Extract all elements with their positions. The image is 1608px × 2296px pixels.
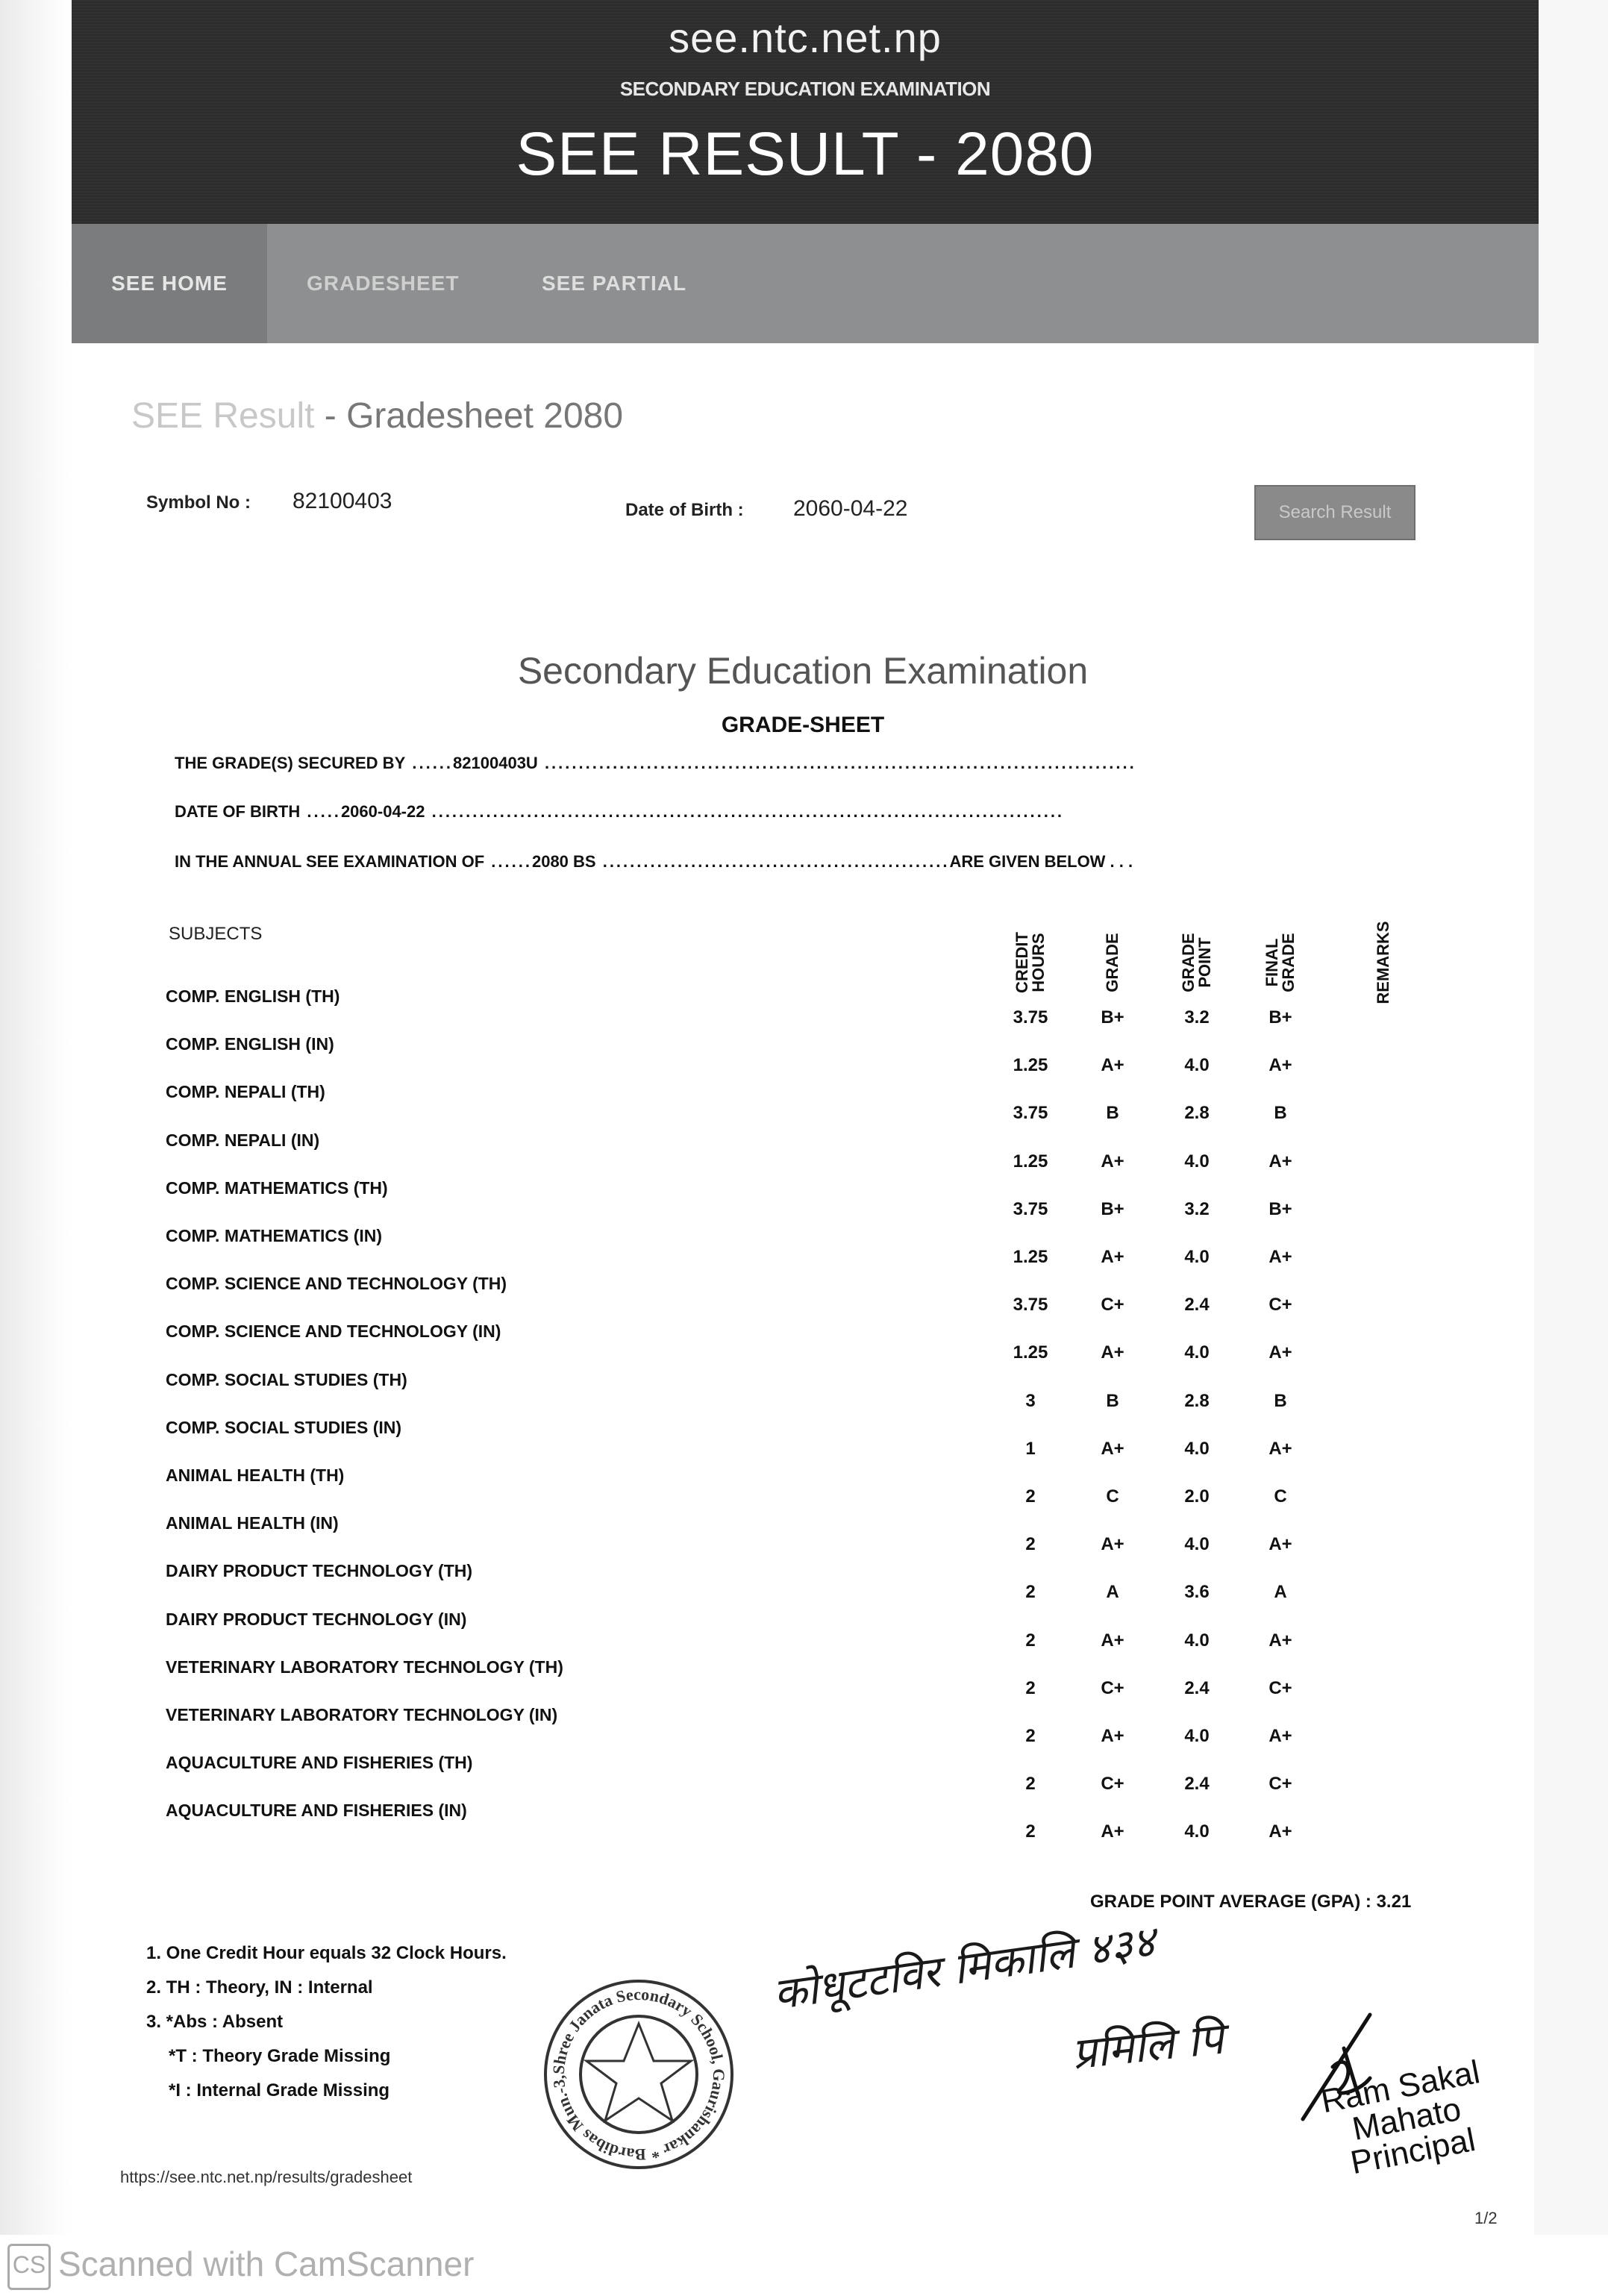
note-item: 1. One Credit Hour equals 32 Clock Hours…	[146, 1936, 507, 1971]
grade-point-cell: 4.0	[1167, 1247, 1227, 1268]
credit-hours-cell: 1	[1001, 1439, 1060, 1460]
grade-cell: A+	[1083, 1151, 1142, 1172]
grade-cell: C+	[1083, 1774, 1142, 1795]
site-title: SEE RESULT - 2080	[72, 119, 1539, 190]
grade-cell: A+	[1083, 1055, 1142, 1076]
final-grade-cell: A+	[1251, 1055, 1310, 1076]
col-header-final-grade: FINAL GRADE	[1258, 918, 1303, 1007]
final-grade-cell: A+	[1251, 1726, 1310, 1747]
main-nav: SEE HOME GRADESHEET SEE PARTIAL	[72, 224, 1539, 343]
credit-hours-cell: 2	[1001, 1678, 1060, 1699]
credit-hours-cell: 2	[1001, 1726, 1060, 1747]
subject-cell: ANIMAL HEALTH (IN)	[166, 1513, 339, 1533]
grade-cell: B	[1083, 1391, 1142, 1412]
grade-point-cell: 4.0	[1167, 1534, 1227, 1555]
subject-cell: COMP. ENGLISH (IN)	[166, 1034, 334, 1054]
secured-by-value: 82100403U	[453, 754, 538, 772]
dob-line-value: 2060-04-22	[341, 802, 425, 821]
final-grade-cell: B	[1251, 1103, 1310, 1124]
credit-hours-cell: 3.75	[1001, 1295, 1060, 1316]
page-number: 1/2	[1474, 2209, 1498, 2228]
final-grade-cell: B+	[1251, 1007, 1310, 1028]
credit-hours-cell: 1.25	[1001, 1055, 1060, 1076]
nav-gradesheet[interactable]: GRADESHEET	[307, 224, 459, 343]
credit-hours-cell: 2	[1001, 1774, 1060, 1795]
credit-hours-cell: 3.75	[1001, 1199, 1060, 1220]
school-stamp-icon: Shree Janata Secondary School, Gaurishan…	[542, 1977, 736, 2171]
grade-cell: C+	[1083, 1295, 1142, 1316]
gradesheet-subtitle: GRADE-SHEET	[72, 713, 1534, 738]
grade-point-cell: 4.0	[1167, 1151, 1227, 1172]
gradesheet-page: see.ntc.net.np SECONDARY EDUCATION EXAMI…	[72, 0, 1534, 2235]
credit-hours-cell: 2	[1001, 1582, 1060, 1603]
subject-cell: AQUACULTURE AND FISHERIES (TH)	[166, 1753, 472, 1773]
grade-point-cell: 4.0	[1167, 1439, 1227, 1460]
final-grade-cell: A+	[1251, 1630, 1310, 1651]
credit-hours-cell: 2	[1001, 1630, 1060, 1651]
subject-cell: COMP. SCIENCE AND TECHNOLOGY (TH)	[166, 1274, 507, 1294]
final-grade-cell: A+	[1251, 1439, 1310, 1460]
nav-see-home[interactable]: SEE HOME	[72, 224, 267, 343]
credit-hours-cell: 3.75	[1001, 1007, 1060, 1028]
grade-cell: A+	[1083, 1726, 1142, 1747]
exam-suffix: ARE GIVEN BELOW . . .	[949, 852, 1133, 871]
final-grade-cell: C+	[1251, 1774, 1310, 1795]
grade-point-cell: 4.0	[1167, 1630, 1227, 1651]
grade-point-cell: 3.6	[1167, 1582, 1227, 1603]
page-title-suffix: - Gradesheet 2080	[314, 396, 623, 436]
subject-cell: DAIRY PRODUCT TECHNOLOGY (IN)	[166, 1610, 466, 1630]
site-subtitle: SECONDARY EDUCATION EXAMINATION	[72, 78, 1539, 101]
final-grade-cell: A+	[1251, 1821, 1310, 1842]
grade-cell: A+	[1083, 1342, 1142, 1363]
subject-cell: COMP. NEPALI (IN)	[166, 1130, 319, 1151]
col-header-subjects: SUBJECTS	[169, 924, 262, 945]
footer-url: https://see.ntc.net.np/results/gradeshee…	[120, 2168, 412, 2187]
subject-cell: COMP. SOCIAL STUDIES (IN)	[166, 1418, 401, 1438]
final-grade-cell: C+	[1251, 1295, 1310, 1316]
final-grade-cell: C	[1251, 1486, 1310, 1507]
grade-cell: B+	[1083, 1199, 1142, 1220]
gpa-label: GRADE POINT AVERAGE (GPA) :	[1090, 1892, 1371, 1912]
grade-point-cell: 3.2	[1167, 1199, 1227, 1220]
col-header-grade: GRADE	[1090, 918, 1135, 1007]
col-header-remarks: REMARKS	[1361, 918, 1406, 1007]
grade-point-cell: 3.2	[1167, 1007, 1227, 1028]
dob-line: DATE OF BIRTH .....2060-04-22 ..........…	[175, 802, 1383, 822]
final-grade-cell: B	[1251, 1391, 1310, 1412]
grade-cell: A+	[1083, 1821, 1142, 1842]
page-title-prefix: SEE Result	[131, 396, 314, 436]
symbol-no-field[interactable]: 82100403	[292, 489, 392, 514]
note-item: 3. *Abs : Absent	[146, 2005, 507, 2039]
grade-cell: C	[1083, 1486, 1142, 1507]
handwritten-note-line2: प्रमिलि पि	[1069, 2007, 1226, 2082]
subject-cell: COMP. SCIENCE AND TECHNOLOGY (IN)	[166, 1321, 501, 1342]
camscanner-watermark: CS Scanned with CamScanner	[0, 2235, 1608, 2296]
grade-cell: A+	[1083, 1439, 1142, 1460]
grade-cell: A	[1083, 1582, 1142, 1603]
nav-see-partial[interactable]: SEE PARTIAL	[542, 224, 686, 343]
subject-cell: VETERINARY LABORATORY TECHNOLOGY (TH)	[166, 1657, 563, 1677]
symbol-no-label: Symbol No :	[146, 492, 251, 513]
gpa-value: 3.21	[1377, 1892, 1412, 1912]
credit-hours-cell: 3	[1001, 1391, 1060, 1412]
camscanner-logo-icon: CS	[7, 2244, 51, 2290]
final-grade-cell: A	[1251, 1582, 1310, 1603]
exam-label: IN THE ANNUAL SEE EXAMINATION OF	[175, 852, 484, 871]
col-header-grade-point: GRADE POINT	[1174, 918, 1219, 1007]
grade-point-cell: 4.0	[1167, 1821, 1227, 1842]
camscanner-text: Scanned with CamScanner	[58, 2244, 474, 2284]
subject-cell: AQUACULTURE AND FISHERIES (IN)	[166, 1801, 467, 1821]
grade-point-cell: 2.0	[1167, 1486, 1227, 1507]
credit-hours-cell: 1.25	[1001, 1151, 1060, 1172]
grade-point-cell: 4.0	[1167, 1342, 1227, 1363]
grade-point-cell: 4.0	[1167, 1055, 1227, 1076]
credit-hours-cell: 2	[1001, 1534, 1060, 1555]
dob-field[interactable]: 2060-04-22	[793, 496, 907, 522]
site-header: see.ntc.net.np SECONDARY EDUCATION EXAMI…	[72, 0, 1539, 231]
credit-hours-cell: 2	[1001, 1486, 1060, 1507]
final-grade-cell: A+	[1251, 1247, 1310, 1268]
dob-line-label: DATE OF BIRTH	[175, 802, 300, 821]
grade-cell: A+	[1083, 1247, 1142, 1268]
secured-by-line: THE GRADE(S) SECURED BY ......82100403U …	[175, 754, 1383, 773]
gpa-line: GRADE POINT AVERAGE (GPA) : 3.21	[1090, 1892, 1411, 1912]
subject-cell: ANIMAL HEALTH (TH)	[166, 1466, 344, 1486]
gradesheet-title: Secondary Education Examination	[72, 649, 1534, 692]
subject-cell: DAIRY PRODUCT TECHNOLOGY (TH)	[166, 1561, 472, 1581]
credit-hours-cell: 1.25	[1001, 1247, 1060, 1268]
final-grade-cell: A+	[1251, 1151, 1310, 1172]
grade-cell: C+	[1083, 1678, 1142, 1699]
subject-cell: COMP. MATHEMATICS (IN)	[166, 1226, 382, 1246]
grade-cell: A+	[1083, 1534, 1142, 1555]
grade-point-cell: 2.4	[1167, 1774, 1227, 1795]
scan-left-edge	[0, 0, 72, 2239]
grade-point-cell: 2.4	[1167, 1678, 1227, 1699]
note-item: *T : Theory Grade Missing	[146, 2039, 507, 2074]
subject-cell: VETERINARY LABORATORY TECHNOLOGY (IN)	[166, 1705, 557, 1725]
site-domain: see.ntc.net.np	[72, 13, 1539, 62]
grade-cell: A+	[1083, 1630, 1142, 1651]
subject-cell: COMP. SOCIAL STUDIES (TH)	[166, 1370, 407, 1390]
exam-value: 2080 BS	[532, 852, 596, 871]
final-grade-cell: B+	[1251, 1199, 1310, 1220]
grade-cell: B+	[1083, 1007, 1142, 1028]
grade-cell: B	[1083, 1103, 1142, 1124]
subject-cell: COMP. ENGLISH (TH)	[166, 986, 340, 1007]
final-grade-cell: A+	[1251, 1534, 1310, 1555]
page-title: SEE Result - Gradesheet 2080	[131, 395, 623, 437]
grade-point-cell: 2.8	[1167, 1391, 1227, 1412]
grade-point-cell: 2.4	[1167, 1295, 1227, 1316]
credit-hours-cell: 3.75	[1001, 1103, 1060, 1124]
notes-list: 1. One Credit Hour equals 32 Clock Hours…	[146, 1936, 507, 2108]
handwritten-note-line1: कोधूटटविर मिकालि ४३४	[769, 1910, 1159, 2022]
final-grade-cell: C+	[1251, 1678, 1310, 1699]
exam-line: IN THE ANNUAL SEE EXAMINATION OF ......2…	[175, 852, 1383, 872]
subject-cell: COMP. NEPALI (TH)	[166, 1082, 325, 1102]
subject-cell: COMP. MATHEMATICS (TH)	[166, 1178, 388, 1198]
col-header-credit-hours: CREDIT HOURS	[1008, 918, 1053, 1007]
secured-by-label: THE GRADE(S) SECURED BY	[175, 754, 405, 772]
dob-label: Date of Birth :	[625, 500, 744, 521]
credit-hours-cell: 1.25	[1001, 1342, 1060, 1363]
search-result-button[interactable]: Search Result	[1254, 485, 1415, 540]
grade-point-cell: 2.8	[1167, 1103, 1227, 1124]
final-grade-cell: A+	[1251, 1342, 1310, 1363]
note-item: *I : Internal Grade Missing	[146, 2074, 507, 2108]
note-item: 2. TH : Theory, IN : Internal	[146, 1971, 507, 2005]
credit-hours-cell: 2	[1001, 1821, 1060, 1842]
grade-point-cell: 4.0	[1167, 1726, 1227, 1747]
